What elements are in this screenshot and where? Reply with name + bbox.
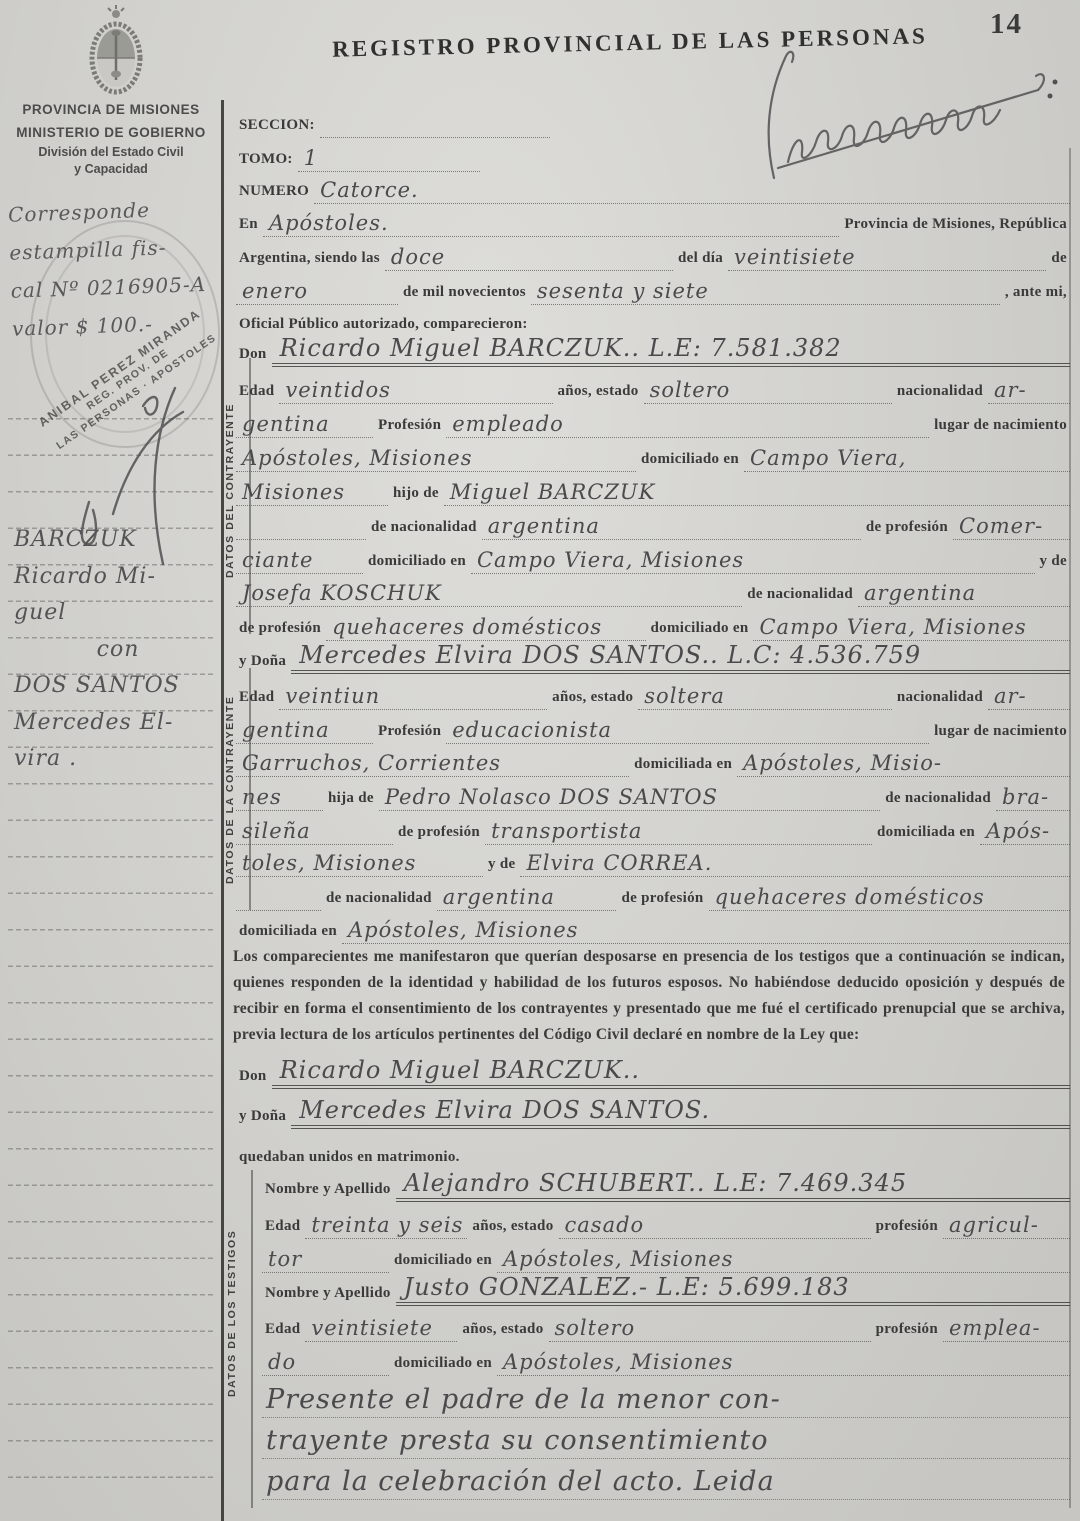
printed-label: de [1048, 250, 1070, 271]
witnesses-label-rule [251, 1170, 253, 1508]
handwritten-entry: Apóstoles, Misio- [737, 751, 1070, 777]
printed-label: de nacionalidad [368, 519, 480, 540]
printed-label: hija de [325, 790, 377, 811]
registry-page: REGISTRO PROVINCIAL DE LAS PERSONAS 14 P… [0, 0, 1080, 1521]
case-caption-line: vira . [14, 741, 222, 778]
handwritten-entry: quehaceres domésticos [709, 885, 1070, 911]
printed-label: y de [1037, 553, 1070, 574]
handwritten-entry: empleado [446, 412, 929, 438]
handwritten-entry: Apóstoles, Misiones [342, 918, 1070, 944]
handwritten-entry: 1 [298, 146, 480, 172]
form-line: para la celebración del acto. Leida [262, 1460, 1070, 1500]
handwritten-entry: Apóstoles, Misiones [497, 1350, 1070, 1376]
printed-label: Edad [262, 1218, 303, 1239]
form-line: gentinaProfesióneducacionistalugar de na… [236, 710, 1070, 744]
handwritten-entry: toles, Misiones [236, 851, 483, 877]
printed-label: domiciliada en [631, 756, 735, 777]
handwritten-entry: Campo Viera, Misiones [471, 548, 1035, 574]
printed-label: Edad [236, 383, 277, 404]
printed-label: de nacionalidad [744, 586, 856, 607]
printed-label: profesión [873, 1218, 941, 1239]
handwritten-entry: Miguel BARCZUK [444, 480, 1070, 506]
printed-label: domiciliada en [236, 923, 340, 944]
handwritten-entry: veintisiete [305, 1316, 457, 1342]
handwritten-entry: tor [262, 1247, 389, 1273]
handwritten-entry: soltero [549, 1316, 871, 1342]
printed-label: domiciliado en [391, 1252, 495, 1273]
form-line: enerode mil novecientossesenta y siete, … [236, 271, 1070, 305]
printed-label: lugar de nacimiento [931, 417, 1070, 438]
printed-label: quedaban unidos en matrimonio. [236, 1149, 463, 1170]
handwritten-entry: ciante [236, 548, 363, 574]
case-caption: BARCZUK Ricardo Mi- guel con DOS SANTOS … [14, 522, 222, 778]
handwritten-entry: transportista [485, 819, 872, 845]
handwritten-entry: Pedro Nolasco DOS SANTOS [379, 785, 880, 811]
handwritten-entry: argentina [858, 581, 1070, 607]
handwritten-entry: bra- [996, 785, 1070, 811]
form-line: Apóstoles, Misionesdomiciliado enCampo V… [236, 438, 1070, 472]
letterhead-province: PROVINCIA DE MISIONES [6, 98, 216, 121]
handwritten-entry: Após- [980, 819, 1070, 845]
form-line: y DoñaMercedes Elvira DOS SANTOS. [236, 1095, 1070, 1129]
handwritten-entry: educacionista [446, 718, 929, 744]
printed-label: y Doña [236, 1108, 289, 1129]
printed-label: Argentina, siendo las [236, 250, 383, 271]
printed-label: TOMO: [236, 151, 296, 172]
handwritten-entry: nes [236, 785, 323, 811]
printed-label: y de [485, 856, 518, 877]
form-line: Argentina, siendo lasdocedel díaveintisi… [236, 237, 1070, 271]
form-line: sileñade profesióntransportistadomicilia… [236, 811, 1070, 845]
printed-label: de profesión [863, 519, 951, 540]
printed-label: y Doña [236, 653, 289, 674]
form-line: de profesiónquehaceres domésticosdomicil… [236, 607, 1070, 641]
printed-label: Nombre y Apellido [262, 1285, 394, 1306]
form-line: tordomiciliado enApóstoles, Misiones [262, 1239, 1070, 1273]
form-line: dodomiciliado enApóstoles, Misiones [262, 1342, 1070, 1376]
printed-label: domiciliado en [648, 620, 752, 641]
printed-label: nacionalidad [894, 689, 986, 710]
printed-label: hijo de [390, 485, 442, 506]
printed-label: de profesión [236, 620, 324, 641]
printed-label: En [236, 216, 261, 237]
form-line: Edadveintidosaños, estadosolteronacional… [236, 370, 1070, 404]
handwritten-entry: Campo Viera, Misiones [753, 615, 1070, 641]
handwritten-entry: Josefa KOSCHUK [236, 581, 742, 607]
form-line: NUMEROCatorce. [236, 170, 1070, 204]
handwritten-entry: Ricardo Miguel BARCZUK.. [272, 1056, 1070, 1089]
printed-label: de profesión [618, 890, 706, 911]
case-caption-line: DOS SANTOS [14, 668, 222, 705]
case-caption-line: con [14, 632, 222, 669]
form-line: Presente el padre de la menor con- [262, 1378, 1070, 1418]
handwritten-entry: doce [385, 245, 673, 271]
letterhead-division-2: y Capacidad [6, 161, 216, 178]
printed-label: Profesión [375, 417, 444, 438]
handwritten-entry: casado [559, 1213, 871, 1239]
printed-label: Nombre y Apellido [262, 1181, 394, 1202]
handwritten-entry: sileña [236, 819, 393, 845]
handwritten-entry: Comer- [953, 514, 1070, 540]
letterhead: PROVINCIA DE MISIONES MINISTERIO DE GOBI… [6, 98, 216, 178]
form-line: neshija dePedro Nolasco DOS SANTOSde nac… [236, 777, 1070, 811]
handwritten-entry: argentina [437, 885, 617, 911]
handwritten-entry: Campo Viera, [744, 446, 1070, 472]
printed-label: Edad [236, 689, 277, 710]
form-line: de nacionalidadargentinade profesiónqueh… [236, 877, 1070, 911]
form-line: SECCION: [236, 104, 1070, 138]
handwritten-entry: gentina [236, 718, 373, 744]
handwritten-entry: Catorce. [314, 178, 1070, 204]
legal-paragraph: Los comparecientes me manifestaron que q… [233, 944, 1065, 1048]
printed-label: domiciliado en [638, 451, 742, 472]
printed-label: Profesión [375, 723, 444, 744]
handwritten-entry: sesenta y siete [531, 279, 1000, 305]
printed-label: de nacionalidad [882, 790, 994, 811]
handwritten-entry: Mercedes Elvira DOS SANTOS. [291, 1096, 1070, 1129]
printed-label: profesión [873, 1321, 941, 1342]
printed-label: domiciliado en [365, 553, 469, 574]
handwritten-entry: Apóstoles. [263, 211, 839, 237]
printed-label: del día [675, 250, 726, 271]
printed-label: años, estado [555, 383, 642, 404]
handwritten-entry: Mercedes Elvira DOS SANTOS.. L.C: 4.536.… [291, 641, 1070, 674]
case-caption-line: guel [14, 595, 222, 632]
handwritten-entry: gentina [236, 412, 373, 438]
handwritten-entry: trayente presta su consentimiento [262, 1425, 1070, 1459]
printed-label: años, estado [469, 1218, 556, 1239]
section-label-bride: DATOS DE LA CONTRAYENTE [224, 672, 236, 908]
handwritten-entry: Misiones [236, 480, 388, 506]
form-line: ciantedomiciliado enCampo Viera, Misione… [236, 540, 1070, 574]
printed-label: , ante mi, [1002, 284, 1070, 305]
printed-label: nacionalidad [894, 383, 986, 404]
printed-label: Provincia de Misiones, República [841, 216, 1070, 237]
form-line: DonRicardo Miguel BARCZUK.. [236, 1055, 1070, 1089]
fiscal-note-line: cal Nº 0216905-A [10, 264, 226, 309]
printed-label: domiciliado en [391, 1355, 495, 1376]
form-line: Nombre y ApellidoAlejandro SCHUBERT.. L.… [262, 1168, 1070, 1202]
form-line: domiciliada enApóstoles, Misiones [236, 910, 1070, 944]
case-caption-line: BARCZUK [14, 522, 222, 559]
handwritten-entry: Presente el padre de la menor con- [262, 1384, 1070, 1418]
handwritten-entry: Garruchos, Corrientes [236, 751, 629, 777]
printed-label: NUMERO [236, 183, 312, 204]
printed-label: Edad [262, 1321, 303, 1342]
printed-label: Don [236, 1068, 270, 1089]
case-caption-line: Mercedes El- [14, 705, 222, 742]
form-line: Edadtreinta y seisaños, estadocasadoprof… [262, 1205, 1070, 1239]
form-line: toles, Misionesy deElvira CORREA. [236, 843, 1070, 877]
handwritten-entry: quehaceres domésticos [326, 615, 645, 641]
handwritten-entry: ar- [988, 378, 1070, 404]
handwritten-entry: Apóstoles, Misiones [236, 446, 636, 472]
printed-label: domiciliada en [874, 824, 978, 845]
coat-of-arms-icon [84, 4, 148, 98]
handwritten-entry: emplea- [943, 1316, 1070, 1342]
printed-label: de mil novecientos [400, 284, 529, 305]
printed-label: Don [236, 346, 270, 367]
form-line: y DoñaMercedes Elvira DOS SANTOS.. L.C: … [236, 640, 1070, 674]
form-line: gentinaProfesiónempleadolugar de nacimie… [236, 404, 1070, 438]
handwritten-entry: soltera [638, 684, 892, 710]
printed-label: años, estado [459, 1321, 546, 1342]
handwritten-entry: Justo GONZALEZ.- L.E: 5.699.183 [396, 1273, 1070, 1306]
handwritten-entry: Alejandro SCHUBERT.. L.E: 7.469.345 [396, 1169, 1070, 1202]
form-line: Edadveintiunaños, estadosolteranacionali… [236, 676, 1070, 710]
handwritten-entry: enero [236, 279, 398, 305]
handwritten-entry: do [262, 1350, 389, 1376]
form-line: Misioneshijo deMiguel BARCZUK [236, 472, 1070, 506]
handwritten-entry: Elvira CORREA. [520, 851, 1070, 877]
handwritten-entry: veintiun [279, 684, 547, 710]
case-caption-line: Ricardo Mi- [14, 559, 222, 596]
form-line: Garruchos, Corrientesdomiciliada enApóst… [236, 743, 1070, 777]
section-label-witnesses: DATOS DE LOS TESTIGOS [226, 1192, 238, 1434]
letterhead-division: División del Estado Civil [6, 144, 216, 161]
form-line: trayente presta su consentimiento [262, 1419, 1070, 1459]
form-line: Josefa KOSCHUKde nacionalidadargentina [236, 573, 1070, 607]
handwritten-entry: veintisiete [728, 245, 1046, 271]
letterhead-ministry: MINISTERIO DE GOBIERNO [6, 121, 216, 144]
handwritten-entry: agricul- [943, 1213, 1070, 1239]
section-label-groom: DATOS DEL CONTRAYENTE [224, 388, 236, 594]
printed-label: SECCION: [236, 117, 318, 138]
form-line: Oficial Público autorizado, compareciero… [236, 303, 1070, 337]
printed-label: años, estado [549, 689, 636, 710]
page-number: 14 [990, 8, 1023, 41]
handwritten-entry: Apóstoles, Misiones [497, 1247, 1070, 1273]
handwritten-entry: treinta y seis [305, 1213, 467, 1239]
handwritten-entry: ar- [988, 684, 1070, 710]
form-line: Edadveintisieteaños, estadosolteroprofes… [262, 1308, 1070, 1342]
form-line: TOMO:1 [236, 138, 1070, 172]
handwritten-entry: soltero [644, 378, 892, 404]
printed-label: lugar de nacimiento [931, 723, 1070, 744]
form-line: de nacionalidadargentinade profesiónCome… [236, 506, 1070, 540]
form-line: quedaban unidos en matrimonio. [236, 1136, 1070, 1170]
handwritten-entry: veintidos [279, 378, 552, 404]
handwritten-entry: para la celebración del acto. Leida [262, 1466, 1070, 1500]
form-line: EnApóstoles.Provincia de Misiones, Repúb… [236, 203, 1070, 237]
form-line: DonRicardo Miguel BARCZUK.. L.E: 7.581.3… [236, 333, 1070, 367]
printed-label: de profesión [395, 824, 483, 845]
handwritten-entry: argentina [482, 514, 861, 540]
handwritten-entry: Ricardo Miguel BARCZUK.. L.E: 7.581.382 [272, 334, 1070, 367]
form-line: Nombre y ApellidoJusto GONZALEZ.- L.E: 5… [262, 1272, 1070, 1306]
printed-label: de nacionalidad [323, 890, 435, 911]
